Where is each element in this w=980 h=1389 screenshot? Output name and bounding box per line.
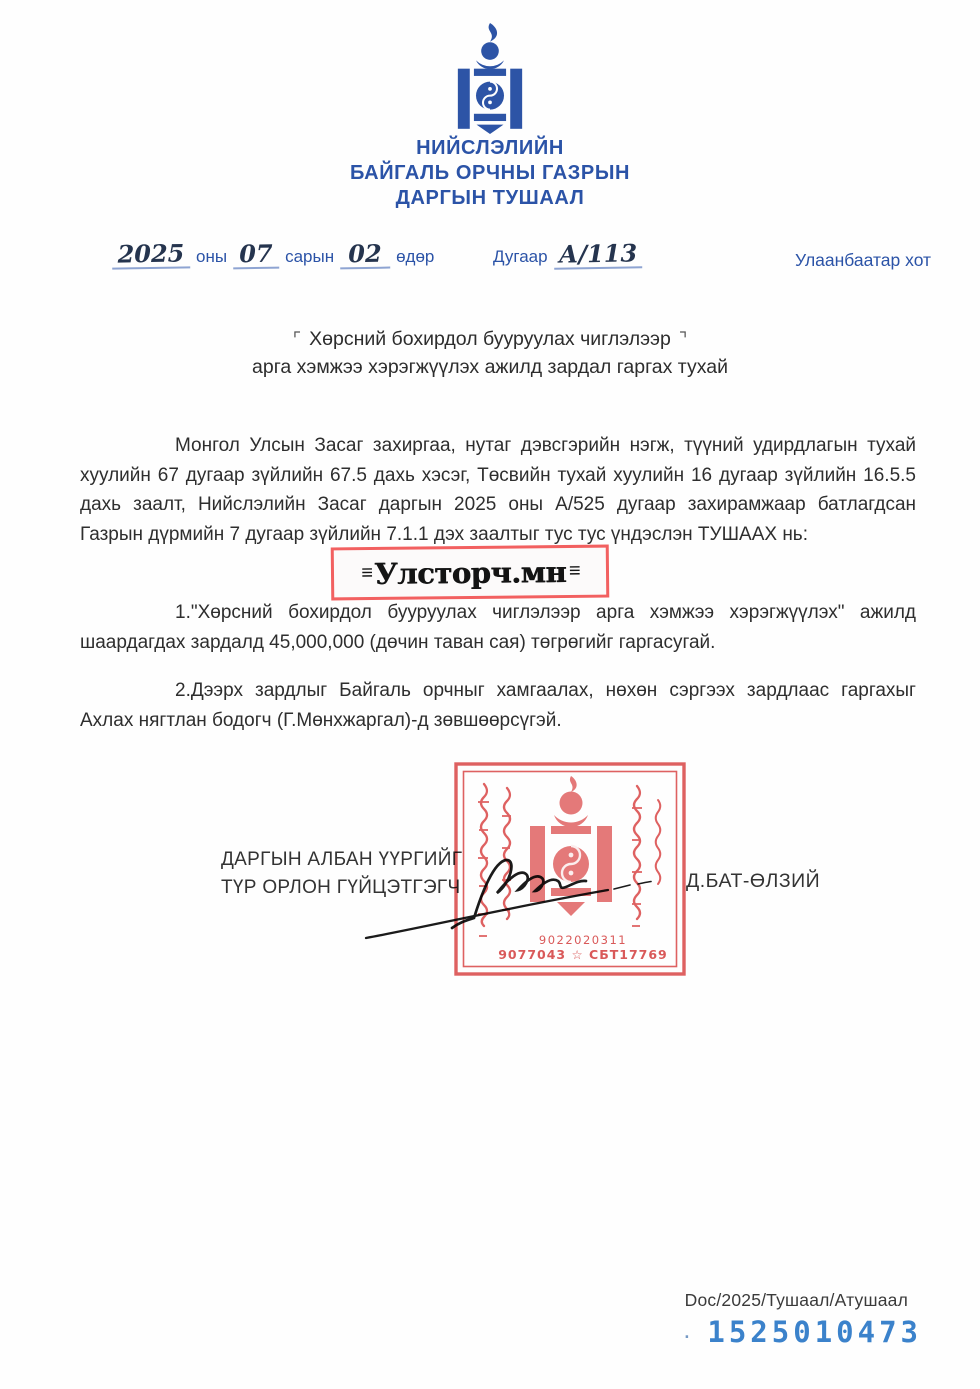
footer-document-number: ·1525010473 xyxy=(682,1315,922,1349)
footer-number-digits: 1525010473 xyxy=(707,1315,922,1349)
footer-reference: Doc/2025/Тушаал/Атушаал xyxy=(685,1290,908,1311)
paragraph-item-1: 1."Хөрсний бохирдол бууруулах чиглэлээр … xyxy=(80,598,916,657)
org-line-3: ДАРГЫН ТУШААЛ xyxy=(0,186,980,211)
title-line-2: арга хэмжээ хэрэгжүүлэх ажилд зардал гар… xyxy=(0,353,980,381)
org-header: НИЙСЛЭЛИЙН БАЙГАЛЬ ОРЧНЫ ГАЗРЫН ДАРГЫН Т… xyxy=(0,136,980,211)
month-handwritten: 07 xyxy=(233,241,279,270)
document-number-group: ДугаарА/113 xyxy=(487,241,642,269)
document-page: НИЙСЛЭЛИЙН БАЙГАЛЬ ОРЧНЫ ГАЗРЫН ДАРГЫН Т… xyxy=(0,0,980,1389)
city-label: Улаанбаатар хот xyxy=(795,250,931,271)
corner-bracket-open: ⌜ xyxy=(285,329,309,349)
paragraph-legal-basis: Монгол Улсын Засаг захиргаа, нутаг дэвсг… xyxy=(80,431,916,549)
corner-bracket-close: ⌝ xyxy=(671,329,695,349)
footer-dot-mark: · xyxy=(682,1328,691,1346)
title-text-1: Хөрсний бохирдол бууруулах чиглэлээр xyxy=(309,328,671,350)
signature-ink xyxy=(356,840,686,955)
soyombo-emblem-icon xyxy=(438,22,542,139)
day-handwritten: 02 xyxy=(340,241,390,270)
decree-title: ⌜Хөрсний бохирдол бууруулах чиглэлээр⌝ а… xyxy=(0,325,980,381)
ulstorch-watermark: ≡ Улсторч.мн ≡ xyxy=(331,545,610,601)
title-line-1: ⌜Хөрсний бохирдол бууруулах чиглэлээр⌝ xyxy=(0,325,980,353)
number-label: Дугаар xyxy=(493,247,548,266)
watermark-left-wing-icon: ≡ xyxy=(358,562,374,585)
date-line: 2025оны07сарын02өдөр xyxy=(112,241,440,269)
watermark-right-wing-icon: ≡ xyxy=(566,560,582,583)
year-label: оны xyxy=(196,247,227,266)
day-label: өдөр xyxy=(396,247,434,266)
number-handwritten: А/113 xyxy=(553,240,641,270)
org-line-1: НИЙСЛЭЛИЙН xyxy=(0,136,980,161)
year-handwritten: 2025 xyxy=(112,240,190,269)
signer-name: Д.БАТ-ӨЛЗИЙ xyxy=(686,870,820,893)
paragraph-item-2: 2.Дээрх зардлыг Байгаль орчныг хамгаалах… xyxy=(80,676,916,735)
watermark-text: Улсторч.мн xyxy=(374,554,566,590)
org-line-2: БАЙГАЛЬ ОРЧНЫ ГАЗРЫН xyxy=(0,161,980,186)
month-label: сарын xyxy=(285,247,334,266)
